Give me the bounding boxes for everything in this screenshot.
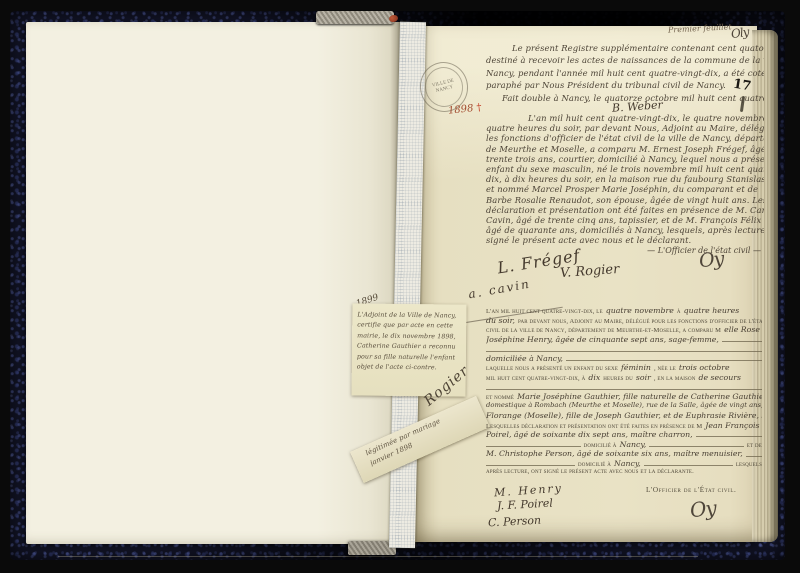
printed-text: par devant nous, Adjoint au Maire, délég…	[518, 318, 762, 325]
text-line: Le présent Registre supplémentaire conte…	[486, 42, 764, 54]
form-line: domestique à Rombach (Meurthe et Moselle…	[486, 401, 762, 411]
form-line	[486, 382, 762, 392]
printed-text: L'an mil huit cent quatre-vingt-dix, le	[486, 308, 603, 315]
blank-left-page	[26, 22, 400, 544]
handwritten-entry: M. Christophe Person, âgé de soixante si…	[486, 449, 743, 458]
text-line: de Meurthe et Moselle, a comparu M. Erne…	[486, 144, 764, 154]
printed-text: à	[677, 308, 681, 315]
handwritten-entry: Nancy,	[620, 440, 647, 449]
ruled-blank	[649, 445, 744, 447]
form-line: du soir,par devant nous, Adjoint au Mair…	[486, 316, 762, 326]
text-line: signé le présent acte avec nous et le dé…	[486, 235, 764, 245]
form-line: domicilié àNancy,lesquels	[486, 459, 762, 469]
archive-book-scan: Premier feuillet Oly 17 VILLE DE NANCY 1…	[0, 0, 800, 573]
ruled-blank	[746, 455, 762, 457]
cover-edge-highlight	[58, 556, 698, 557]
text-line: destiné à recevoir les actes de naissanc…	[486, 54, 764, 66]
ruled-blank	[486, 464, 575, 466]
birth-act-2-form: L'an mil huit cent quatre-vingt-dix, leq…	[486, 306, 762, 478]
text-line: Cavin, âgé de trente cinq ans, tapissier…	[486, 215, 764, 225]
form-line: mil huit cent quatre-vingt-dix, àdixheur…	[486, 373, 762, 383]
act1-officer-label: — L'Officier de l'état civil —	[563, 246, 761, 255]
handwritten-entry: Jean François	[705, 421, 759, 430]
text-line: déclaration et présentation ont été fait…	[486, 205, 764, 215]
ruled-blank	[644, 464, 733, 466]
text-line: trente trois ans, courtier, domicilié à …	[486, 154, 764, 164]
ruled-blank	[566, 359, 762, 361]
form-line: Lesquelles déclaration et présentation o…	[486, 421, 762, 431]
ruled-blank	[486, 350, 762, 352]
text-line: âgé de quarante ans, domiciliés à Nancy,…	[486, 225, 764, 235]
form-line: après lecture, ont signé le présent acte…	[486, 468, 762, 478]
form-line	[486, 344, 762, 354]
printed-text: et nommé	[486, 394, 514, 401]
act2-officer-label: L'Officier de l'État civil.	[646, 486, 736, 494]
form-line: Florange (Moselle), fille de Joseph Gaut…	[486, 411, 762, 421]
form-line: M. Christophe Person, âgé de soixante si…	[486, 449, 762, 459]
printed-text: Lesquelles déclaration et présentation o…	[486, 423, 702, 430]
form-line: et nomméMarie Joséphine Gauthier, fille …	[486, 392, 762, 402]
handwritten-entry: Florange (Moselle), fille de Joseph Gaut…	[486, 411, 762, 420]
text-line: et nommé Marcel Prosper Marie Joséphin, …	[486, 184, 764, 194]
registre-cote-paragraph: Le présent Registre supplémentaire conte…	[486, 42, 764, 104]
handwritten-entry: dix	[588, 373, 600, 382]
handwritten-entry: de secours	[698, 373, 741, 382]
printed-text: lesquels	[736, 461, 762, 468]
form-line: L'an mil huit cent quatre-vingt-dix, leq…	[486, 306, 762, 316]
printed-text: et de	[747, 442, 762, 449]
handwritten-entry: Nancy,	[614, 459, 641, 468]
text-line: quatre heures du soir, par devant Nous, …	[486, 123, 764, 133]
spine-headband-cloth	[316, 11, 394, 24]
stamp-text: VILLE DE NANCY	[428, 78, 460, 97]
printed-text: civil de la ville de Nancy, département …	[486, 327, 721, 334]
text-line: objet de l'acte ci-contre.	[357, 362, 462, 374]
text-line: Catherine Gauthier a reconnu	[357, 342, 462, 354]
printed-text: , en la maison	[654, 375, 696, 382]
form-line: Joséphine Henry, âgée de cinquante sept …	[486, 335, 762, 345]
handwritten-entry: quatre novembre	[606, 306, 674, 315]
text-line: dix, à dix heures du soir, en la maison …	[486, 174, 764, 184]
printed-text: heures du	[603, 375, 633, 382]
handwritten-entry: domiciliée à Nancy,	[486, 354, 563, 363]
handwritten-entry: féminin	[621, 363, 651, 372]
handwritten-entry: du soir,	[486, 316, 515, 325]
birth-act-1-text: L'an mil huit cent quatre-vingt-dix, le …	[486, 113, 764, 246]
act2-witness2-signature: C. Person	[488, 514, 542, 530]
form-line: domiciliée à Nancy,	[486, 354, 762, 364]
form-line: Poirel, âgé de soixante dix sept ans, ma…	[486, 430, 762, 440]
text-line: Nancy, pendant l'année mil huit cent qua…	[486, 67, 764, 79]
handwritten-entry: soir	[636, 373, 651, 382]
ruled-blank	[696, 435, 762, 437]
text-line: Barbe Rosalie Renaudot, son épouse, âgée…	[486, 195, 764, 205]
red-cross-mark: †	[476, 102, 482, 113]
ruled-blank	[486, 445, 581, 447]
handwritten-entry: Joséphine Henry, âgée de cinquante sept …	[486, 335, 719, 344]
form-line: laquelle nous a présenté un enfant du se…	[486, 363, 762, 373]
top-margin-paraph: Oly	[730, 25, 749, 41]
form-line: civil de la ville de Nancy, département …	[486, 325, 762, 335]
ruled-blank	[722, 340, 762, 342]
ruled-blank	[486, 388, 762, 390]
handwritten-entry: Marie Joséphine Gauthier, fille naturell…	[517, 392, 762, 401]
text-line: les fonctions d'officier de l'état civil…	[486, 133, 764, 143]
handwritten-entry: quatre heures	[684, 306, 740, 315]
printed-text: domicilié à	[584, 442, 617, 449]
act2-officer-paraph: Oy	[689, 496, 717, 523]
handwritten-entry: Poirel, âgé de soixante dix sept ans, ma…	[486, 430, 693, 439]
handwritten-entry: elle Rose	[724, 325, 760, 334]
text-line: paraphé par Nous Président du tribunal c…	[486, 79, 764, 91]
printed-text: après lecture, ont signé le présent acte…	[486, 468, 694, 475]
printed-text: mil huit cent quatre-vingt-dix, à	[486, 375, 585, 382]
printed-text: domicilié à	[578, 461, 611, 468]
form-line: domicilié àNancy,et de	[486, 440, 762, 450]
text-line: enfant du sexe masculin, né le trois nov…	[486, 164, 764, 174]
printed-text: laquelle nous a présenté un enfant du se…	[486, 365, 618, 372]
handwritten-entry: trois octobre	[679, 363, 730, 372]
printed-text: , née le	[654, 365, 676, 372]
handwritten-entry: domestique à Rombach (Meurthe et Moselle…	[486, 401, 762, 409]
text-line: L'an mil huit cent quatre-vingt-dix, le …	[486, 113, 764, 123]
act1-officer-paraph: Oy	[698, 248, 724, 272]
